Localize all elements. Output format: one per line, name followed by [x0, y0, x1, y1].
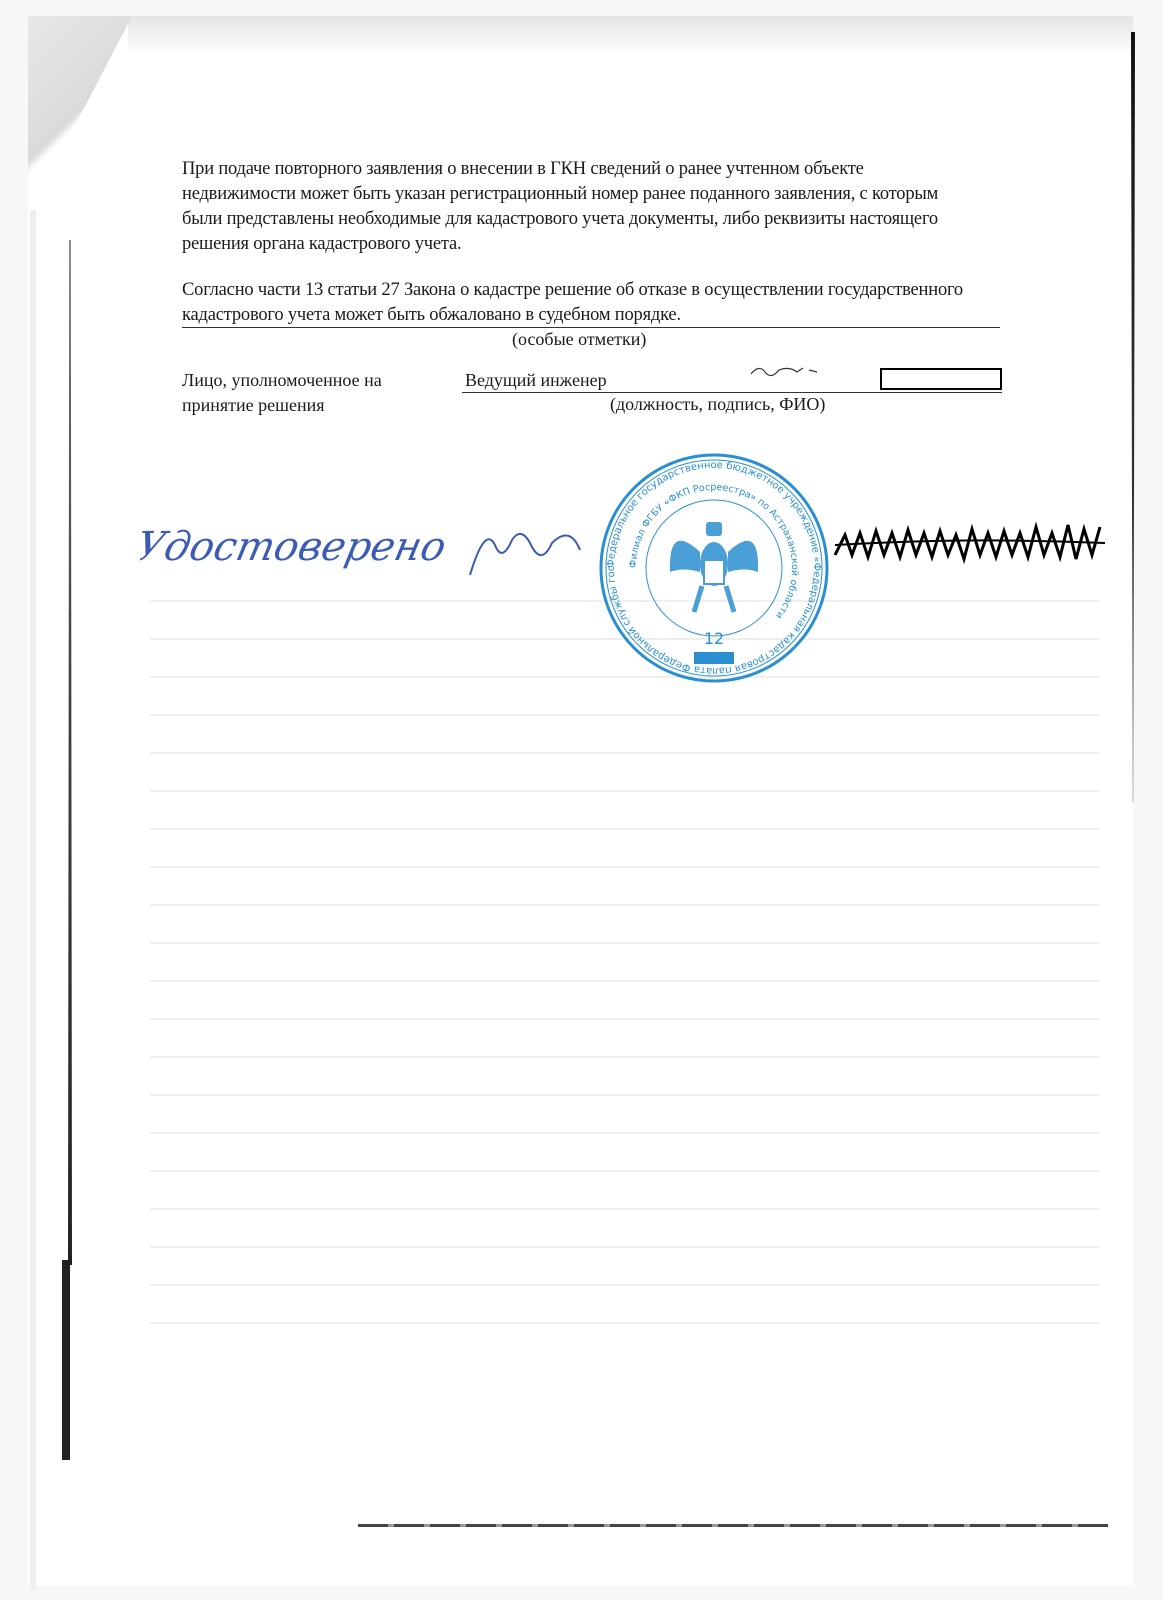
bottom-page-edge: [358, 1524, 1108, 1527]
authorized-person-label: Лицо, уполномоченное на принятие решения: [182, 368, 422, 418]
position-title: Ведущий инженер: [465, 370, 607, 391]
appeal-paragraph: Согласно части 13 статьи 27 Закона о кад…: [182, 278, 1002, 328]
svg-text:12: 12: [704, 629, 724, 648]
svg-text:Удостоверено: Удостоверено: [140, 522, 451, 569]
official-signature: [745, 360, 825, 382]
resubmission-paragraph: При подаче повторного заявления о внесен…: [182, 157, 962, 257]
redacted-name-box: [880, 368, 1002, 390]
official-stamp: Федеральное государственное бюджетное уч…: [598, 452, 830, 684]
left-margin-strip: [30, 210, 36, 1590]
special-marks-caption: (особые отметки): [512, 329, 646, 350]
signature-caption: (должность, подпись, ФИО): [610, 394, 825, 415]
bleed-through-text: [150, 600, 1100, 1360]
handwritten-certification: Удостоверено: [140, 505, 620, 585]
special-marks-rule: [182, 327, 1000, 328]
signature-rule: [462, 392, 1002, 393]
redaction-scribble: [830, 515, 1110, 575]
page-top-shadow: [128, 16, 1133, 56]
scan-edge-left-thick: [62, 1260, 70, 1460]
